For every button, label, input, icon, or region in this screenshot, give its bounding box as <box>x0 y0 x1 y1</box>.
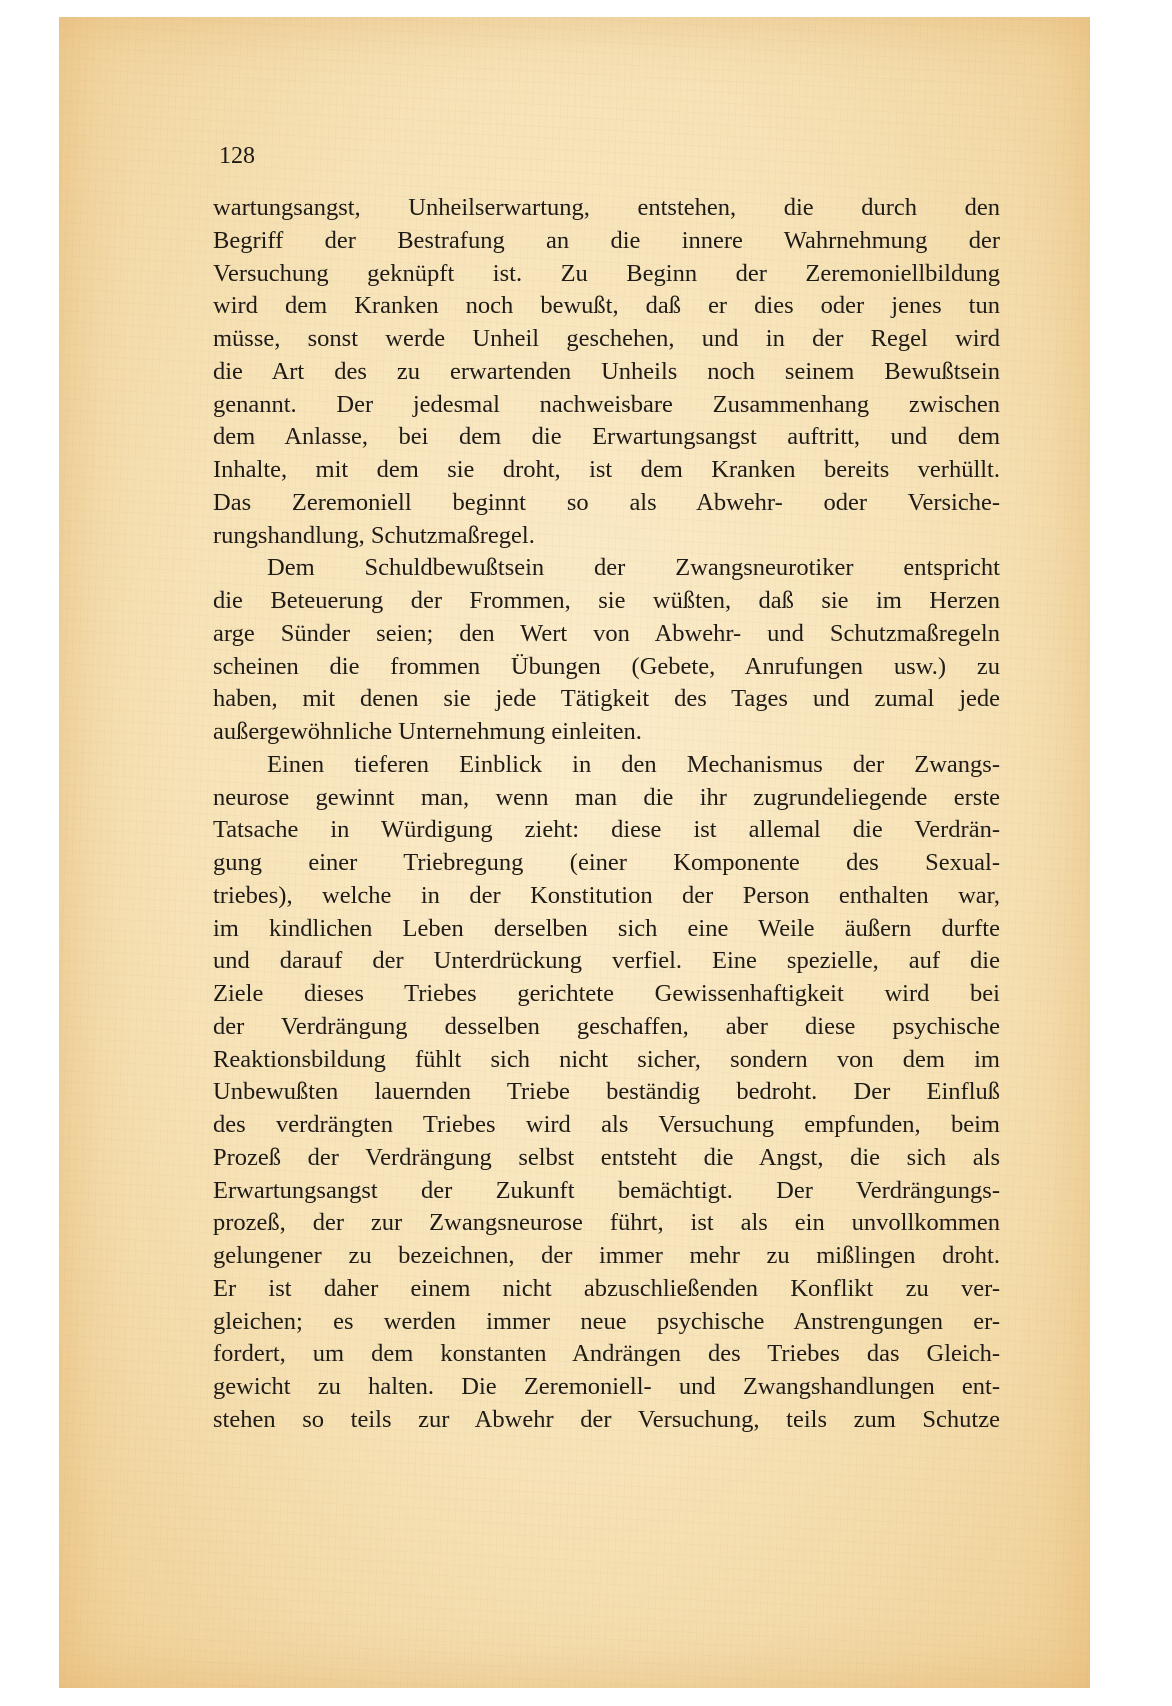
text-line: scheinen die frommen Übungen (Gebete, An… <box>213 651 1000 684</box>
text-line: arge Sünder seien; den Wert von Abwehr- … <box>213 618 1000 651</box>
text-line: Dem Schuldbewußtsein der Zwangsneurotike… <box>213 552 1000 585</box>
body-text: wartungsangst, Unheilserwartung, entsteh… <box>213 192 1000 1437</box>
page-number: 128 <box>219 143 255 170</box>
text-line: Tatsache in Würdigung zieht: diese ist a… <box>213 814 1000 847</box>
text-line: Begriff der Bestrafung an die innere Wah… <box>213 225 1000 258</box>
text-line: und darauf der Unterdrückung verfiel. Ei… <box>213 945 1000 978</box>
text-line: Ziele dieses Triebes gerichtete Gewissen… <box>213 978 1000 1011</box>
text-line: die Beteuerung der Frommen, sie wüßten, … <box>213 585 1000 618</box>
text-line: gewicht zu halten. Die Zeremoniell- und … <box>213 1371 1000 1404</box>
text-line: Einen tieferen Einblick in den Mechanism… <box>213 749 1000 782</box>
text-line: triebes), welche in der Konstitution der… <box>213 880 1000 913</box>
text-line: haben, mit denen sie jede Tätigkeit des … <box>213 683 1000 716</box>
text-line: die Art des zu erwartenden Unheils noch … <box>213 356 1000 389</box>
text-line: rungshandlung, Schutzmaßregel. <box>213 520 1000 553</box>
text-line: der Verdrängung desselben geschaffen, ab… <box>213 1011 1000 1044</box>
text-line: außergewöhnliche Unternehmung einleiten. <box>213 716 1000 749</box>
text-line: Reaktionsbildung fühlt sich nicht sicher… <box>213 1044 1000 1077</box>
text-line: fordert, um dem konstanten Andrängen des… <box>213 1338 1000 1371</box>
text-line: neurose gewinnt man, wenn man die ihr zu… <box>213 782 1000 815</box>
text-line: Unbewußten lauernden Triebe beständig be… <box>213 1076 1000 1109</box>
text-line: Er ist daher einem nicht abzuschließende… <box>213 1273 1000 1306</box>
text-line: Inhalte, mit dem sie droht, ist dem Kran… <box>213 454 1000 487</box>
text-line: dem Anlasse, bei dem die Erwartungsangst… <box>213 421 1000 454</box>
text-line: Das Zeremoniell beginnt so als Abwehr- o… <box>213 487 1000 520</box>
text-line: im kindlichen Leben derselben sich eine … <box>213 913 1000 946</box>
book-page: 128 wartungsangst, Unheilserwartung, ent… <box>59 17 1090 1688</box>
text-line: Erwartungsangst der Zukunft bemächtigt. … <box>213 1175 1000 1208</box>
text-line: genannt. Der jedesmal nachweisbare Zusam… <box>213 389 1000 422</box>
text-line: wird dem Kranken noch bewußt, daß er die… <box>213 290 1000 323</box>
text-line: Prozeß der Verdrängung selbst entsteht d… <box>213 1142 1000 1175</box>
text-line: gung einer Triebregung (einer Komponente… <box>213 847 1000 880</box>
text-line: stehen so teils zur Abwehr der Versuchun… <box>213 1404 1000 1437</box>
text-line: Versuchung geknüpft ist. Zu Beginn der Z… <box>213 258 1000 291</box>
text-line: wartungsangst, Unheilserwartung, entsteh… <box>213 192 1000 225</box>
text-line: des verdrängten Triebes wird als Versuch… <box>213 1109 1000 1142</box>
text-line: prozeß, der zur Zwangsneurose führt, ist… <box>213 1207 1000 1240</box>
text-line: gleichen; es werden immer neue psychisch… <box>213 1306 1000 1339</box>
text-line: müsse, sonst werde Unheil geschehen, und… <box>213 323 1000 356</box>
text-line: gelungener zu bezeichnen, der immer mehr… <box>213 1240 1000 1273</box>
